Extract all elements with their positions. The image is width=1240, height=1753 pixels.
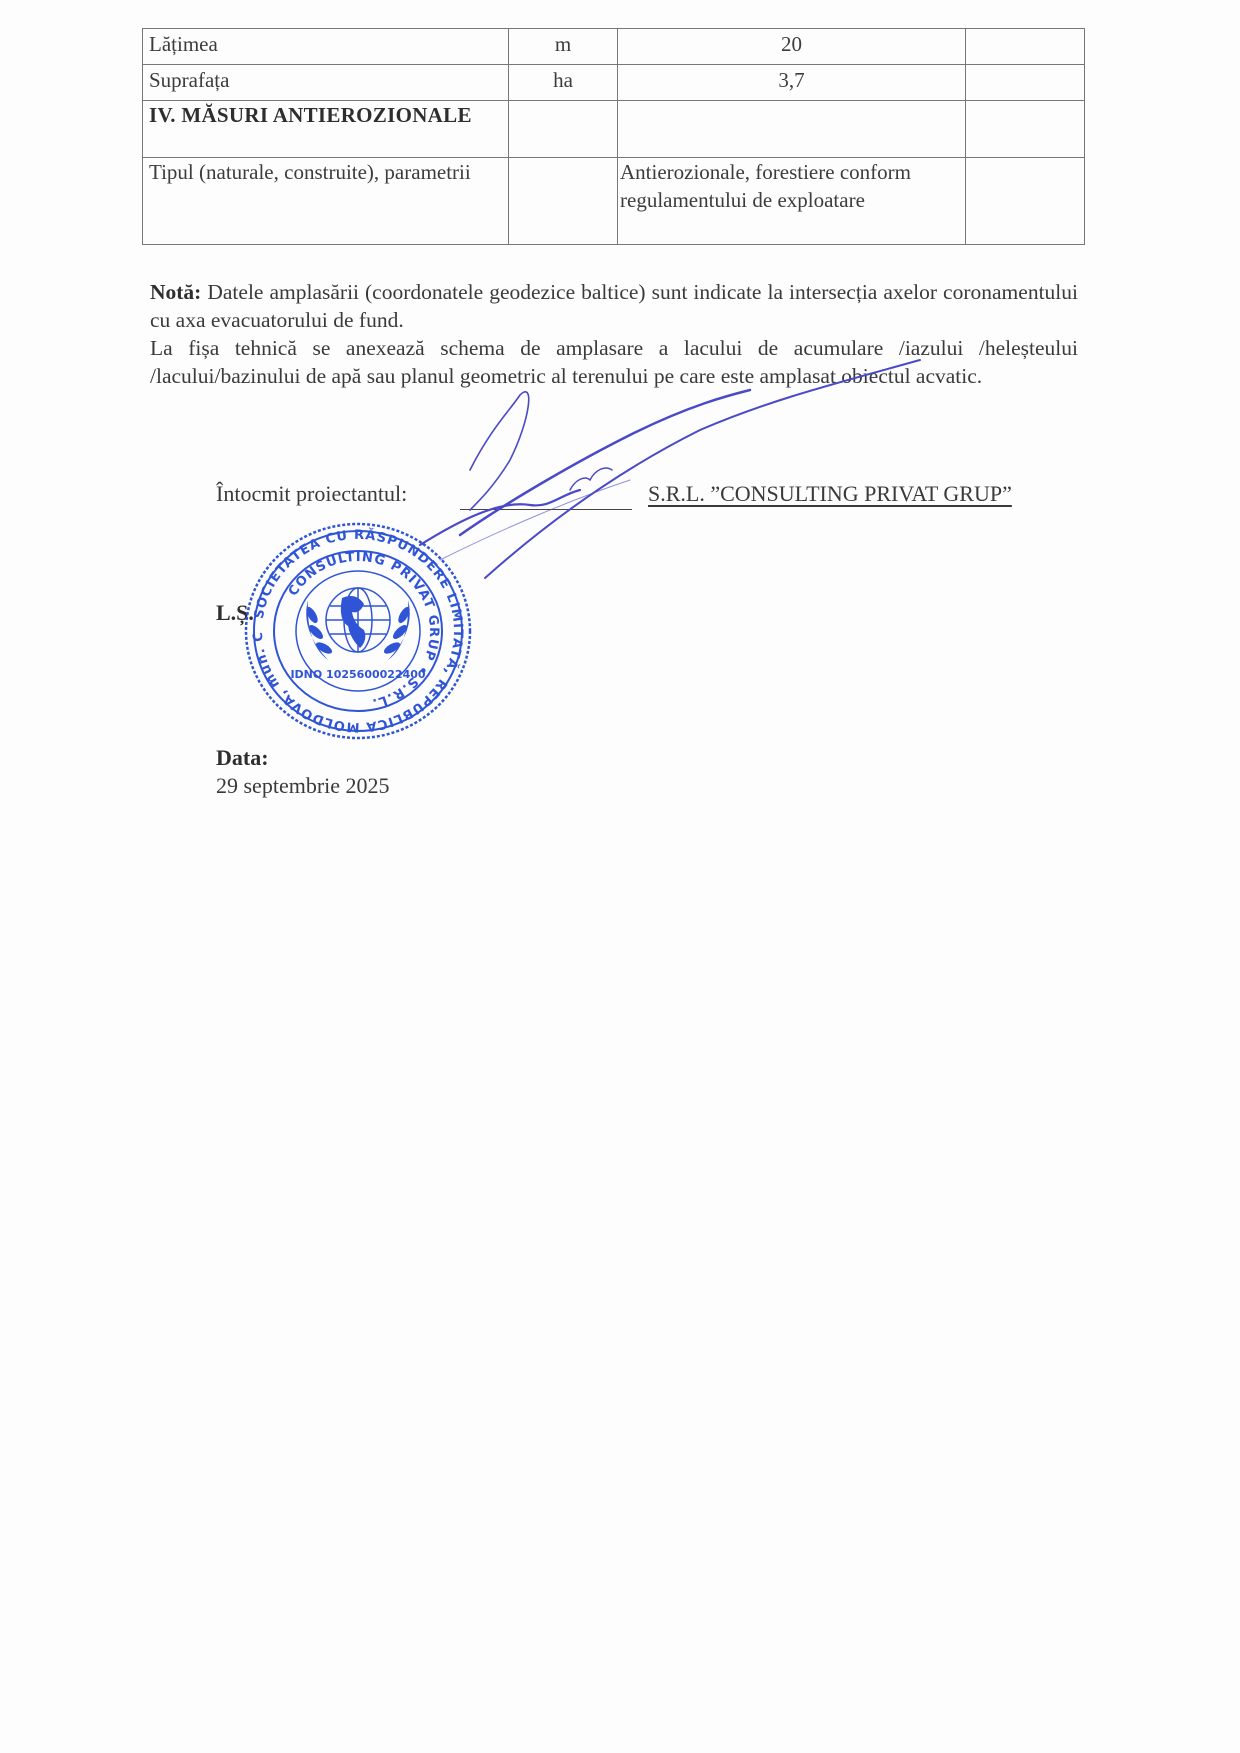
- table-section-row: IV. MĂSURI ANTIEROZIONALE: [143, 101, 1085, 158]
- prepared-by-label: Întocmit proiectantul:: [216, 481, 407, 507]
- row-value: [618, 101, 966, 158]
- date-label: Data:: [216, 745, 269, 771]
- row-unit: [509, 101, 618, 158]
- row-note: [966, 101, 1085, 158]
- row-value: Antierozionale, forestiere conform regul…: [618, 158, 966, 245]
- table-row: Lățimea m 20: [143, 29, 1085, 65]
- svg-text:IDNO 1025600022400: IDNO 1025600022400: [290, 668, 425, 681]
- row-note: [966, 29, 1085, 65]
- row-note: [966, 65, 1085, 101]
- row-unit: [509, 158, 618, 245]
- note-label: Notă:: [150, 280, 201, 304]
- company-name: S.R.L. ”CONSULTING PRIVAT GRUP”: [648, 481, 1012, 507]
- section-heading: IV. MĂSURI ANTIEROZIONALE: [143, 101, 509, 158]
- date-value: 29 septembrie 2025: [216, 773, 390, 799]
- row-label: Tipul (naturale, construite), parametrii: [143, 158, 509, 245]
- technical-sheet-table: Lățimea m 20 Suprafața ha 3,7 IV. MĂSURI…: [142, 28, 1085, 245]
- signature-line: [460, 509, 632, 510]
- row-label: Suprafața: [143, 65, 509, 101]
- row-note: [966, 158, 1085, 245]
- row-value: 20: [618, 29, 966, 65]
- row-label: Lățimea: [143, 29, 509, 65]
- row-unit: m: [509, 29, 618, 65]
- note-section: Notă: Datele amplasării (coordonatele ge…: [150, 278, 1078, 390]
- note-text: Datele amplasării (coordonatele geodezic…: [150, 280, 1078, 332]
- row-value: 3,7: [618, 65, 966, 101]
- table-row: Suprafața ha 3,7: [143, 65, 1085, 101]
- note-paragraph-1: Notă: Datele amplasării (coordonatele ge…: [150, 278, 1078, 334]
- company-stamp-icon: SOCIETATEA CU RĂSPUNDERE LIMITATĂ, REPUB…: [242, 520, 474, 742]
- note-paragraph-2: La fișa tehnică se anexează schema de am…: [150, 334, 1078, 390]
- table-row: Tipul (naturale, construite), parametrii…: [143, 158, 1085, 245]
- row-unit: ha: [509, 65, 618, 101]
